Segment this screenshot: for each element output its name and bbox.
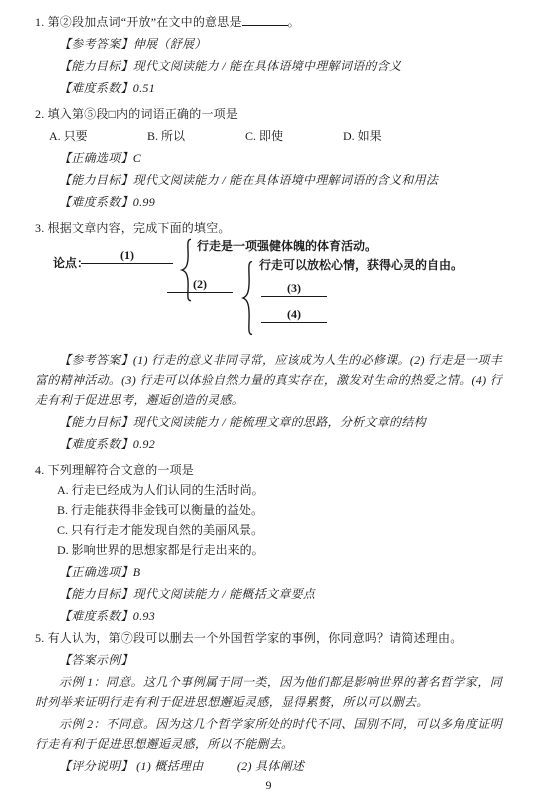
question-1-stem-text: 1. 第②段加点词“开放”在文中的意思是 — [35, 15, 242, 29]
answer-example-2: 示例 2：不同意。因为这几个哲学家所处的时代不同、国别不同，可以多角度证明行走有… — [35, 714, 502, 754]
answer-example-label: 【答案示例】 — [35, 650, 502, 670]
question-5: 5. 有人认为，第⑦段可以删去一个外国哲学家的事例，你同意吗？请简述理由。 【答… — [35, 628, 502, 776]
diagram-blank-1: (1) — [81, 248, 173, 264]
correct-option: 【正确选项】C — [35, 148, 502, 168]
scoring-item-1: (1) 概括理由 — [136, 759, 203, 773]
answer-blank — [242, 13, 288, 26]
scoring-item-2: (2) 具体阐述 — [237, 759, 304, 773]
diagram-sub-branch-1: 行走可以放松心情，获得心灵的自由。 — [259, 257, 463, 273]
question-5-stem: 5. 有人认为，第⑦段可以删去一个外国哲学家的事例，你同意吗？请简述理由。 — [35, 628, 502, 648]
question-2-options: A. 只要 B. 所以 C. 即使 D. 如果 — [49, 126, 502, 146]
question-1-stem: 1. 第②段加点词“开放”在文中的意思是。 — [35, 12, 502, 32]
diagram-blank-2: (2) — [167, 277, 233, 293]
option-b: B. 所以 — [147, 126, 242, 146]
difficulty-coefficient: 【难度系数】0.51 — [35, 78, 502, 98]
option-a: A. 行走已经成为人们认同的生活时尚。 — [35, 480, 502, 500]
question-1-stem-period: 。 — [288, 15, 300, 29]
correct-option: 【正确选项】B — [35, 562, 502, 582]
scoring-label: 【评分说明】 — [59, 759, 133, 773]
question-3-stem: 3. 根据文章内容，完成下面的填空。 — [35, 218, 502, 238]
curly-brace-icon — [241, 260, 254, 336]
option-c: C. 只有行走才能发现自然的美丽风景。 — [35, 520, 502, 540]
ability-target: 【能力目标】现代文阅读能力 / 能概括文章要点 — [35, 584, 502, 604]
question-3: 3. 根据文章内容，完成下面的填空。 论点： (1) 行走是一项强健体魄的体育活… — [35, 218, 502, 454]
question-4-stem: 4. 下列理解符合文意的一项是 — [35, 460, 502, 480]
question-2: 2. 填入第⑤段□内的词语正确的一项是 A. 只要 B. 所以 C. 即使 D.… — [35, 104, 502, 212]
diagram-blank-4: (4) — [261, 307, 327, 323]
page-number: 9 — [35, 778, 502, 793]
question-1: 1. 第②段加点词“开放”在文中的意思是。 【参考答案】伸展（舒展） 【能力目标… — [35, 12, 502, 98]
scoring-note: 【评分说明】 (1) 概括理由 (2) 具体阐述 — [35, 756, 502, 776]
option-d: D. 如果 — [343, 126, 382, 146]
question-2-stem: 2. 填入第⑤段□内的词语正确的一项是 — [35, 104, 502, 124]
difficulty-coefficient: 【难度系数】0.92 — [35, 434, 502, 454]
answer-example-1: 示例 1：同意。这几个事例属于同一类，因为他们都是影响世界的著名哲学家，同时列举… — [35, 672, 502, 712]
ability-target: 【能力目标】现代文阅读能力 / 能在具体语境中理解词语的含义 — [35, 56, 502, 76]
difficulty-coefficient: 【难度系数】0.99 — [35, 192, 502, 212]
option-a: A. 只要 — [49, 126, 144, 146]
document-page: 1. 第②段加点词“开放”在文中的意思是。 【参考答案】伸展（舒展） 【能力目标… — [0, 0, 537, 804]
option-b: B. 行走能获得非金钱可以衡量的益处。 — [35, 500, 502, 520]
diagram-branch-1: 行走是一项强健体魄的体育活动。 — [197, 238, 377, 254]
reference-answer: 【参考答案】伸展（舒展） — [35, 34, 502, 54]
option-d: D. 影响世界的思想家都是行走出来的。 — [35, 540, 502, 560]
option-c: C. 即使 — [245, 126, 340, 146]
ability-target: 【能力目标】现代文阅读能力 / 能梳理文章的思路，分析文章的结构 — [35, 412, 502, 432]
ability-target: 【能力目标】现代文阅读能力 / 能在具体语境中理解词语的含义和用法 — [35, 170, 502, 190]
diagram-blank-3: (3) — [261, 281, 327, 297]
reference-answer: 【参考答案】(1) 行走的意义非同寻常，应该成为人生的必修课。(2) 行走是一项… — [35, 350, 502, 410]
question-4: 4. 下列理解符合文意的一项是 A. 行走已经成为人们认同的生活时尚。 B. 行… — [35, 460, 502, 626]
difficulty-coefficient: 【难度系数】0.93 — [35, 606, 502, 626]
argument-structure-diagram: 论点： (1) 行走是一项强健体魄的体育活动。 (2) 行走可以放松心情，获得心… — [35, 238, 502, 344]
